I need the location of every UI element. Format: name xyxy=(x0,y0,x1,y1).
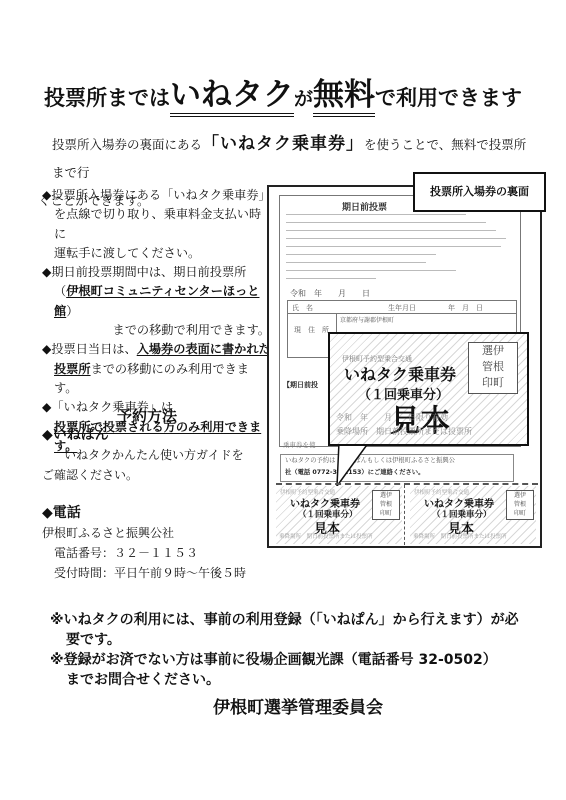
phone-number: 電話番号：３２－１１５３ xyxy=(42,543,272,563)
sample-ticket: 伊根町予約型乗合交通 いねタク乗車券 （１回乗車分） 見本 令和 年 月 日限り… xyxy=(328,332,529,446)
contact-line2: 社（電話 0772-32-1153）にご連絡ください。 xyxy=(285,467,513,479)
form-date: 令和 年 月 日 xyxy=(290,288,370,299)
inepan-line1: いねタクかんたん使い方ガイドを xyxy=(42,445,272,465)
reservation-title: 予約方法 xyxy=(42,405,252,426)
form-address-value: 京都府与謝郡伊根町 xyxy=(340,315,394,324)
ticket-validity: 令和 年 月 日限り有効 xyxy=(336,412,448,423)
bullet-underline: 入場券の表面に書かれた xyxy=(137,342,271,356)
title-part1: 投票所までは xyxy=(44,86,170,110)
perforation-divider xyxy=(404,485,405,545)
form-ride-note: 乗車券を使 xyxy=(283,440,316,449)
form-birth-value: 年 月 日 xyxy=(448,303,483,313)
mini-seal-stamp-icon: 選伊管根印町 xyxy=(506,490,534,520)
ticket-place: 乗降場所 期日前投票所または投票所 xyxy=(336,426,472,437)
ticket-name: いねタク乗車券 xyxy=(344,362,456,385)
bullet-early-voting: ◆期日前投票期間中は、期日前投票所 （伊根町コミュニティセンターほっと館） まで… xyxy=(42,263,272,340)
issuing-organization: 伊根町選挙管理委員会 xyxy=(0,693,566,718)
title-highlight-free: 無料 xyxy=(313,78,375,117)
page-title: 投票所まではいねタクが無料で利用できます xyxy=(0,78,566,117)
note-registration-cont: 要です。 xyxy=(50,630,560,650)
bullet-line: を点線で切り取り、乗車料金支払い時に xyxy=(42,205,272,244)
contact-line1: いねタクの予約は いねぱんもしくは伊根町ふるさと振興公 xyxy=(285,455,513,467)
mini-ticket-right: 伊根町予約型乗合交通 いねタク乗車券 （１回乗車分） 見本 乗降場所 期日前投票… xyxy=(410,486,536,544)
bullet-line: ◆投票所入場券にある「いねタク乗車券」 xyxy=(42,186,272,205)
paren: ） xyxy=(66,304,78,318)
mini-ticket-place: 乗降場所 期日前投票所または投票所 xyxy=(279,532,373,540)
contact-box: いねタクの予約は いねぱんもしくは伊根町ふるさと振興公 社（電話 0772-32… xyxy=(280,454,514,482)
bullet-line: ◆期日前投票期間中は、期日前投票所 xyxy=(42,263,272,282)
form-section-label: 【期日前投 xyxy=(283,380,318,390)
bullet-election-day: ◆投票日当日は、入場券の表面に書かれた 投票所までの移動にのみ利用できます。 xyxy=(42,340,272,398)
bullet-cut-ticket: ◆投票所入場券にある「いねタク乗車券」 を点線で切り取り、乗車料金支払い時に 運… xyxy=(42,186,272,263)
intro-before: 投票所入場券の裏面にある xyxy=(52,137,202,152)
phone-hours: 受付時間：平日午前９時～午後５時 xyxy=(42,563,272,583)
mini-ticket-place: 乗降場所 期日前投票所または投票所 xyxy=(413,532,507,540)
bullet-line: 運転手に渡してください。 xyxy=(42,244,272,263)
bullet-line: までの移動で利用できます。 xyxy=(42,321,272,340)
note-contact: ※登録がお済でない方は事前に役場企画観光課（電話番号 32-0502） xyxy=(50,650,560,670)
notes-section: ※いねタクの利用には、事前の利用登録（「いねぱん」から行えます）が必 要です。 … xyxy=(50,610,560,690)
inepan-line2: ご確認ください。 xyxy=(42,465,272,485)
form-address-label: 現 住 所 xyxy=(294,325,329,335)
perforation-line xyxy=(276,483,538,485)
reservation-section: ◆いねぱん いねタクかんたん使い方ガイドを ご確認ください。 ◆電話 伊根町ふる… xyxy=(42,425,272,583)
title-highlight-inetaku: いねタク xyxy=(170,78,294,117)
mini-seal-stamp-icon: 選伊管根印町 xyxy=(372,490,400,520)
title-part3: で利用できます xyxy=(375,86,522,110)
mini-ticket-left: 伊根町予約型乗合交通 いねタク乗車券 （１回乗車分） 見本 乗降場所 期日前投票… xyxy=(276,486,402,544)
inepan-heading: ◆いねぱん xyxy=(42,425,272,445)
intro-emphasis: 「いねタク乗車券」 xyxy=(202,134,364,154)
bullet-prefix: ◆投票日当日は、 xyxy=(42,342,137,356)
paren: （ xyxy=(54,284,66,298)
phone-heading: ◆電話 xyxy=(42,503,272,523)
seal-stamp-icon: 選伊管根印町 xyxy=(468,342,518,394)
form-name-label: 氏 名 xyxy=(292,303,313,313)
phone-org: 伊根町ふるさと振興公社 xyxy=(42,523,272,543)
early-voting-venue: 伊根町コミュニティセンターほっと館 xyxy=(54,284,259,317)
title-part2: が xyxy=(294,88,313,110)
form-birth-label: 生年月日 xyxy=(388,303,416,313)
note-registration: ※いねタクの利用には、事前の利用登録（「いねぱん」から行えます）が必 xyxy=(50,610,560,630)
note-contact-cont: までお問合せください。 xyxy=(50,670,560,690)
bullet-underline: 投票所 xyxy=(54,362,91,376)
callout-label: 投票所入場券の裏面 xyxy=(413,172,546,212)
form-title: 期日前投票 xyxy=(342,200,387,213)
